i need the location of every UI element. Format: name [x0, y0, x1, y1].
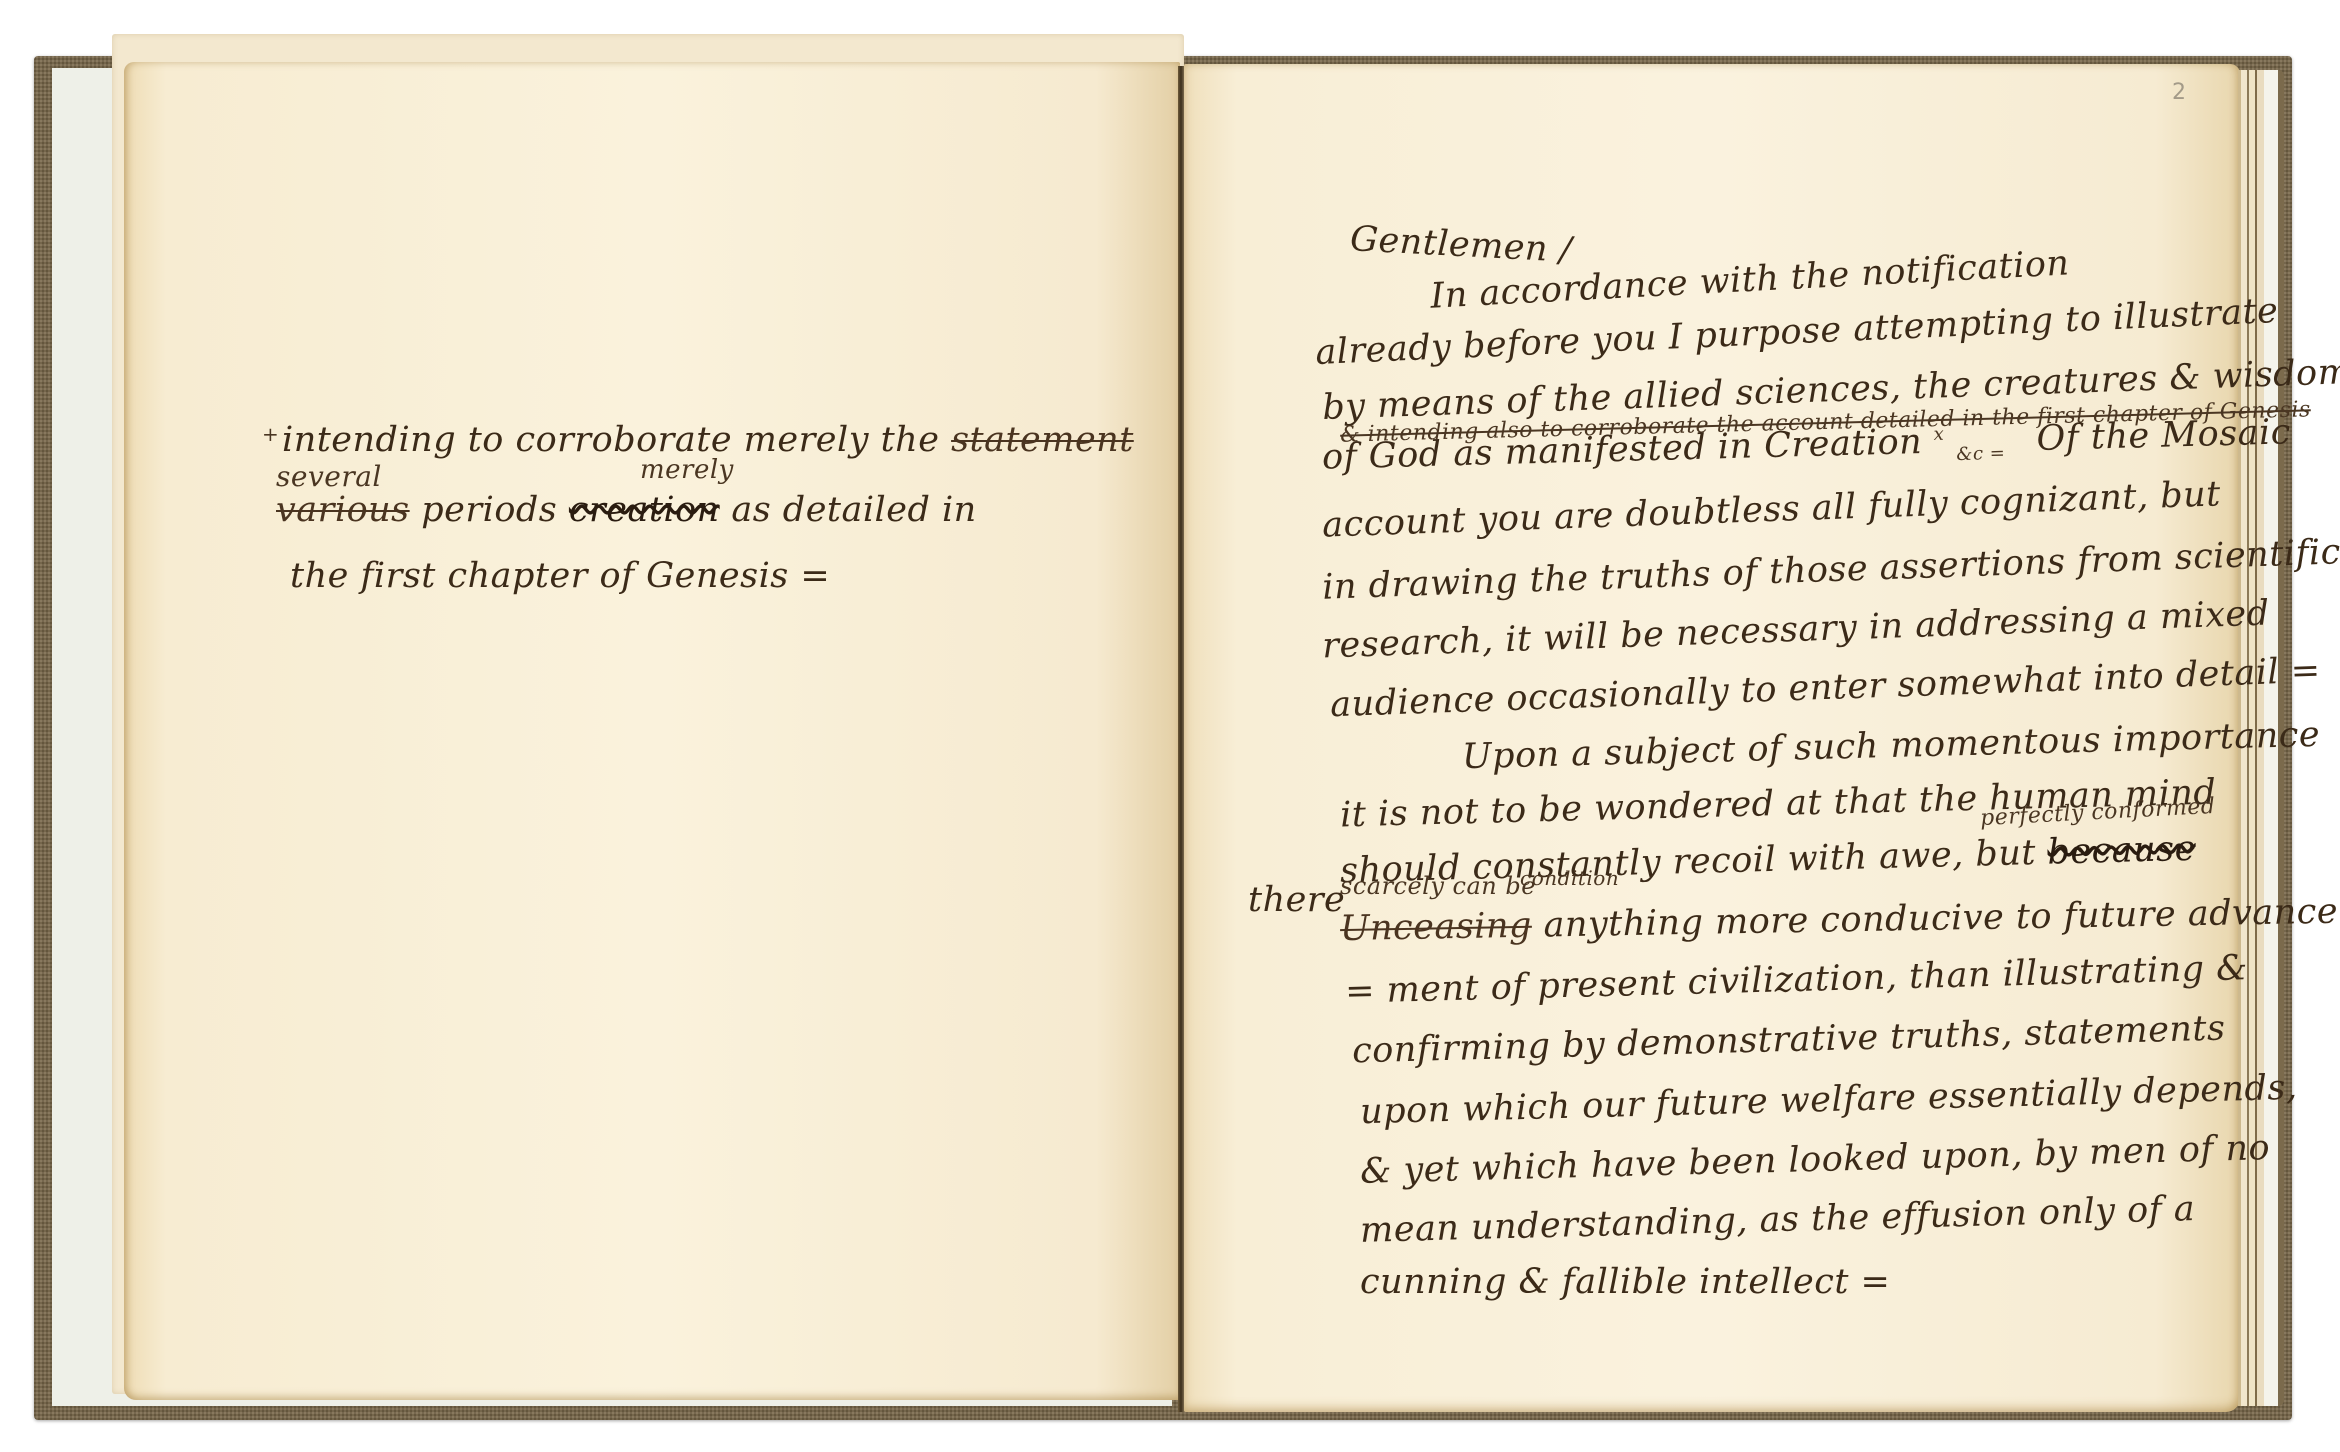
left-line-1-text: intending to corroborate merely the [282, 420, 939, 460]
right-line-4-tail: Of the Mosaic [2036, 412, 2291, 459]
insert-mark-x: x [1933, 424, 1944, 445]
left-page [124, 62, 1180, 1400]
left-struck-creation: creation [569, 490, 720, 530]
left-interlinear-merely: merely [640, 455, 734, 485]
left-interlinear-several: several [276, 460, 382, 493]
insert-mark-etc: &c = [1956, 443, 2005, 465]
left-line-1: intending to corroborate merely the stat… [282, 420, 1134, 460]
right-struck-unceasing: Unceasing [1340, 906, 1532, 949]
page-number: 2 [2172, 80, 2186, 105]
left-periods: periods [421, 490, 557, 530]
left-line-1-struck: statement [951, 420, 1134, 460]
insertion-marker: + [262, 422, 279, 446]
right-struck-because: because [2047, 829, 2196, 873]
right-line-18: cunning & fallible intellect = [1360, 1262, 1890, 1302]
margin-there: there [1248, 880, 1345, 920]
interlinear-condition: condition [1520, 866, 1619, 890]
interlinear-scarcely: scarcely can be [1340, 872, 1536, 900]
left-line-3: the first chapter of Genesis = [290, 556, 830, 596]
left-detailed: as detailed in [731, 490, 976, 530]
left-line-2: various periods creation as detailed in [276, 490, 977, 530]
left-struck-various: various [276, 490, 410, 530]
